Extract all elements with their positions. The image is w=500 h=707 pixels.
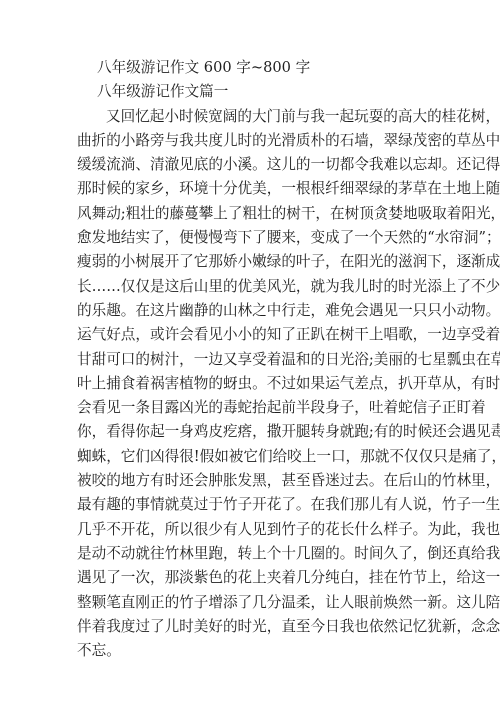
document-subtitle: 八年级游记作文篇一	[97, 80, 429, 104]
paragraph-line: 会看见一条目露凶光的毒蛇抬起前半段身子，吐着蛇信子正盯着	[77, 396, 429, 420]
paragraph-line: 又回忆起小时候宽阔的大门前与我一起玩耍的高大的桂花树，	[77, 105, 429, 129]
paragraph-line: 瘦弱的小树展开了它那娇小嫩绿的叶子，在阳光的滋润下，逐渐成	[77, 250, 429, 274]
paragraph-line: 被咬的地方有时还会肿胀发黑，甚至昏迷过去。在后山的竹林里，	[77, 469, 429, 493]
paragraph-line: 愈发地结实了，便慢慢弯下了腰来，变成了一个天然的“水帘洞”；	[77, 226, 429, 250]
paragraph-line: 的乐趣。在这片幽静的山林之中行走，难免会遇见一只只小动物。	[77, 299, 429, 323]
essay-paragraph: 又回忆起小时候宽阔的大门前与我一起玩耍的高大的桂花树， 曲折的小路旁与我共度儿时…	[77, 105, 429, 664]
paragraph-line: 甘甜可口的树汁，一边又享受着温和的日光浴;美丽的七星瓢虫在草	[77, 348, 429, 372]
paragraph-line: 你，看得你起一身鸡皮疙瘩，撒开腿转身就跑;有的时候还会遇见毒	[77, 420, 429, 444]
paragraph-line: 最有趣的事情就莫过于竹子开花了。在我们那儿有人说，竹子一生	[77, 493, 429, 517]
paragraph-line: 长……仅仅是这后山里的优美风光，就为我儿时的时光添上了不少	[77, 275, 429, 299]
paragraph-line: 蜘蛛，它们凶得很!假如被它们给咬上一口，那就不仅仅只是痛了，	[77, 445, 429, 469]
paragraph-line: 不忘。	[77, 639, 429, 663]
paragraph-line: 曲折的小路旁与我共度儿时的光滑质朴的石墙，翠绿茂密的草丛中	[77, 129, 429, 153]
paragraph-line: 缓缓流淌、清澈见底的小溪。这儿的一切都令我难以忘却。还记得	[77, 153, 429, 177]
paragraph-line: 几乎不开花，所以很少有人见到竹子的花长什么样子。为此，我也	[77, 518, 429, 542]
paragraph-line: 遇见了一次，那淡紫色的花上夹着几分纯白，挂在竹节上，给这一	[77, 566, 429, 590]
paragraph-line: 是动不动就往竹林里跑，转上个十几圈的。时间久了，倒还真给我	[77, 542, 429, 566]
paragraph-line: 整颗笔直刚正的竹子增添了几分温柔，让人眼前焕然一新。这儿陪	[77, 591, 429, 615]
paragraph-line: 运气好点，或许会看见小小的知了正趴在树干上唱歌，一边享受着	[77, 323, 429, 347]
paragraph-line: 伴着我度过了儿时美好的时光，直至今日我也依然记忆犹新，念念	[77, 615, 429, 639]
paragraph-line: 叶上捕食着祸害植物的蚜虫。不过如果运气差点，扒开草从，有时	[77, 372, 429, 396]
paragraph-line: 那时候的家乡，环境十分优美，一根根纤细翠绿的茅草在土地上随	[77, 177, 429, 201]
document-title: 八年级游记作文 600 字~800 字	[97, 56, 429, 80]
paragraph-line: 风舞动;粗壮的藤蔓攀上了粗壮的树干，在树顶贪婪地吸取着阳光，	[77, 202, 429, 226]
document-page: 八年级游记作文 600 字~800 字 八年级游记作文篇一 又回忆起小时候宽阔的…	[77, 56, 429, 663]
